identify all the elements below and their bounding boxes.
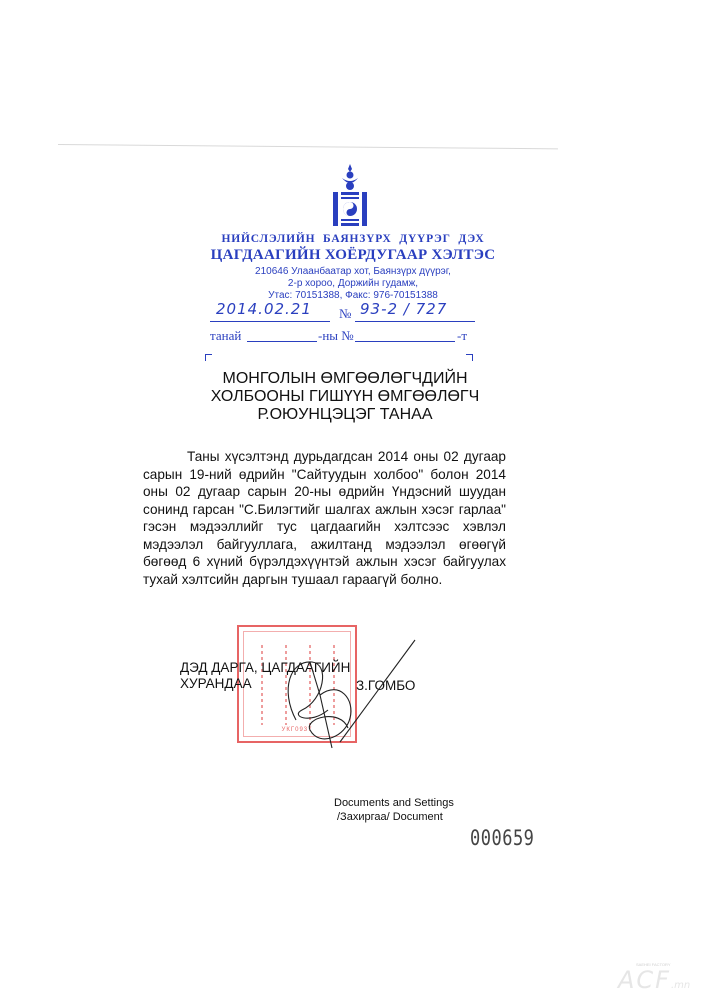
reference-row: 2014.02.21 № 93-2 / 727 — [210, 300, 475, 322]
soyombo-emblem-icon — [328, 164, 372, 230]
address-corner-mark — [466, 354, 473, 361]
watermark-text: ACF — [618, 966, 671, 994]
org-name-line2: ЦАГДААГИЙН ХОЁРДУГААР ХЭЛТЭС — [0, 247, 706, 264]
file-path-line2: /Захиргаа/ Document — [337, 811, 443, 824]
serial-number: 000659 — [470, 826, 534, 851]
handwritten-signature — [260, 600, 440, 760]
org-name-line1: НИЙСЛЭЛИЙН БАЯНЗҮРХ ДҮҮРЭГ ДЭХ — [0, 233, 706, 245]
watermark-suffix: .mn — [671, 980, 690, 991]
recipient-line: МОНГОЛЫН ӨМГӨӨЛӨГЧДИЙН — [200, 370, 490, 388]
recipient-line: ХОЛБООНЫ ГИШҮҮН ӨМГӨӨЛӨГЧ — [200, 388, 490, 406]
address-line: 210646 Улаанбаатар хот, Баянзүрх дүүрэг, — [0, 266, 706, 278]
number-symbol: № — [339, 306, 351, 322]
scan-edge-line — [58, 144, 558, 149]
blank-number-line — [355, 341, 455, 342]
address-corner-mark — [205, 354, 212, 361]
blank-date-line — [247, 341, 317, 342]
your-mid-label: -ны № — [318, 328, 354, 344]
date-underline — [210, 321, 330, 322]
recipient-line: Р.ОЮУНЦЭЦЭГ ТАНАА — [200, 406, 490, 424]
your-suffix: -т — [457, 328, 467, 344]
file-path-line1: Documents and Settings — [334, 797, 454, 810]
number-underline — [355, 321, 475, 322]
letter-body: Таны хүсэлтэнд дурьдагдсан 2014 оны 02 д… — [143, 448, 506, 588]
your-label: танай — [210, 328, 241, 344]
watermark-logo: ACF.mn — [618, 966, 690, 994]
address-line: 2-р хороо, Доржийн гудамж, — [0, 278, 706, 290]
reference-date: 2014.02.21 — [216, 300, 312, 318]
signer-title-line2: ХУРАНДАА — [180, 676, 252, 691]
reference-number: 93-2 / 727 — [360, 300, 447, 318]
